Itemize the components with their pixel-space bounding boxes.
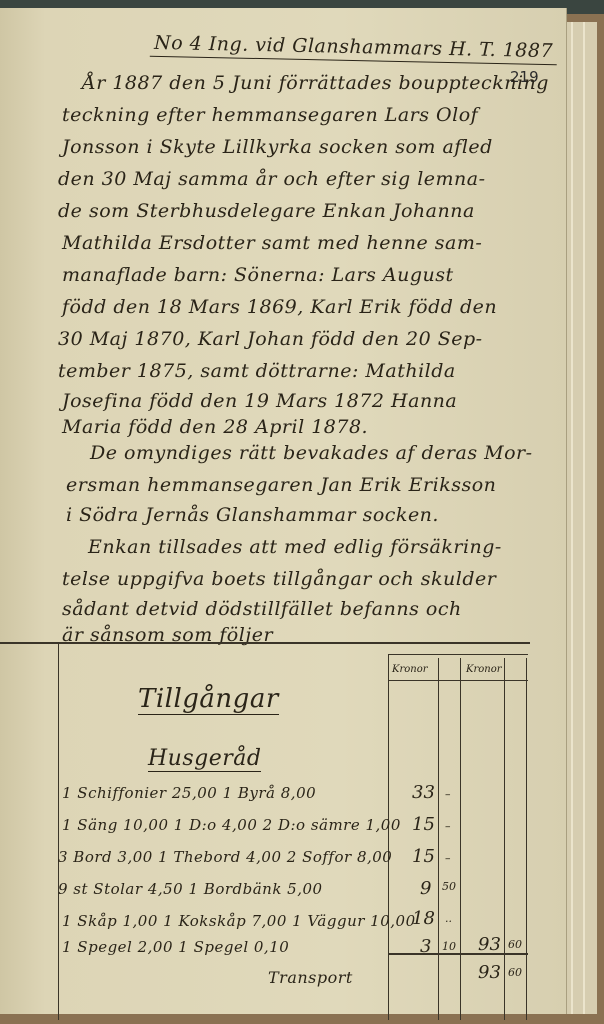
ledger-row-total-ore: 60 xyxy=(508,938,522,951)
ledger-row-description: 1 Säng 10,00 1 D:o 4,00 2 D:o sämre 1,00 xyxy=(62,816,401,834)
sum-rule xyxy=(388,953,528,955)
body-line: Jonsson i Skyte Lillkyrka socken som afl… xyxy=(62,136,493,158)
ledger-row-total-kr: 93 xyxy=(478,934,501,955)
ledger-row-kr: 33 xyxy=(412,782,435,803)
margin-rule xyxy=(58,644,59,1020)
subsection-title: Husgeråd xyxy=(148,746,261,772)
ledger-row-kr: 9 xyxy=(420,878,431,899)
ledger-top-rule xyxy=(0,642,530,644)
ledger-row-ore: .. xyxy=(445,912,452,925)
transport-total-ore: 60 xyxy=(508,966,522,979)
body-line: sådant detvid dödstillfället befanns och xyxy=(62,598,462,620)
column-rule xyxy=(504,658,505,1020)
body-line: Maria född den 28 April 1878. xyxy=(62,416,368,438)
header-rule xyxy=(388,654,528,655)
body-line: i Södra Jernås Glanshammar socken. xyxy=(66,504,439,526)
column-rule xyxy=(388,654,389,1020)
ledger-row-kr: 18 xyxy=(412,908,435,929)
ledger-row-kr: 15 xyxy=(412,814,435,835)
ledger-row-description: 9 st Stolar 4,50 1 Bordbänk 5,00 xyxy=(58,880,323,898)
transport-label: Transport xyxy=(268,968,353,987)
ledger-row-ore: – xyxy=(445,852,451,865)
ledger-row-kr: 15 xyxy=(412,846,435,867)
body-line: de som Sterbhusdelegare Enkan Johanna xyxy=(58,200,475,222)
body-line: den 30 Maj samma år och efter sig lemna- xyxy=(58,168,486,190)
column-rule xyxy=(526,658,527,1020)
column-rule xyxy=(438,658,439,1020)
ledger-row-ore: – xyxy=(445,820,451,833)
body-line: År 1887 den 5 Juni förrättades bouppteck… xyxy=(82,72,549,94)
page-header: No 4 Ing. vid Glanshammars H. T. 1887 xyxy=(150,32,557,66)
ledger-row-description: 1 Schiffonier 25,00 1 Byrå 8,00 xyxy=(62,784,316,802)
body-line: Enkan tillsades att med edlig försäkring… xyxy=(88,536,502,558)
body-line: teckning efter hemmansegaren Lars Olof xyxy=(62,104,478,126)
body-line: manaflade barn: Sönerna: Lars August xyxy=(62,264,454,286)
body-line: De omyndiges rätt bevakades af deras Mor… xyxy=(90,442,533,464)
body-line: 30 Maj 1870, Karl Johan född den 20 Sep- xyxy=(58,328,483,350)
ledger-row-ore: 50 xyxy=(442,880,456,893)
ledger-page: No 4 Ing. vid Glanshammars H. T. 1887 21… xyxy=(0,8,567,1014)
body-line: född den 18 Mars 1869, Karl Erik född de… xyxy=(62,296,497,318)
body-line: Mathilda Ersdotter samt med henne sam- xyxy=(62,232,482,254)
page-edge xyxy=(571,22,573,1014)
ledger-row-ore: – xyxy=(445,788,451,801)
column-rule xyxy=(460,658,461,1020)
ledger-row-description: 1 Spegel 2,00 1 Spegel 0,10 xyxy=(62,938,289,956)
ledger-row-ore: 10 xyxy=(442,940,456,953)
body-line: Josefina född den 19 Mars 1872 Hanna xyxy=(62,390,457,412)
ledger-row-description: 3 Bord 3,00 1 Thebord 4,00 2 Soffor 8,00 xyxy=(58,848,392,866)
body-line: telse uppgifva boets tillgångar och skul… xyxy=(62,568,496,590)
body-line: tember 1875, samt döttrarne: Mathilda xyxy=(58,360,456,382)
transport-total-kr: 93 xyxy=(478,962,501,983)
ledger-row-description: 1 Skåp 1,00 1 Kokskåp 7,00 1 Väggur 10,0… xyxy=(62,912,416,930)
column-header-kronor: Kronor xyxy=(392,664,428,675)
column-header-kronor: Kronor xyxy=(466,664,502,675)
page-edge xyxy=(583,22,585,1014)
header-rule xyxy=(388,680,528,681)
body-line: ersman hemmansegaren Jan Erik Eriksson xyxy=(66,474,496,496)
section-title: Tillgångar xyxy=(138,684,279,715)
ledger-row-kr: 3 xyxy=(420,936,431,957)
